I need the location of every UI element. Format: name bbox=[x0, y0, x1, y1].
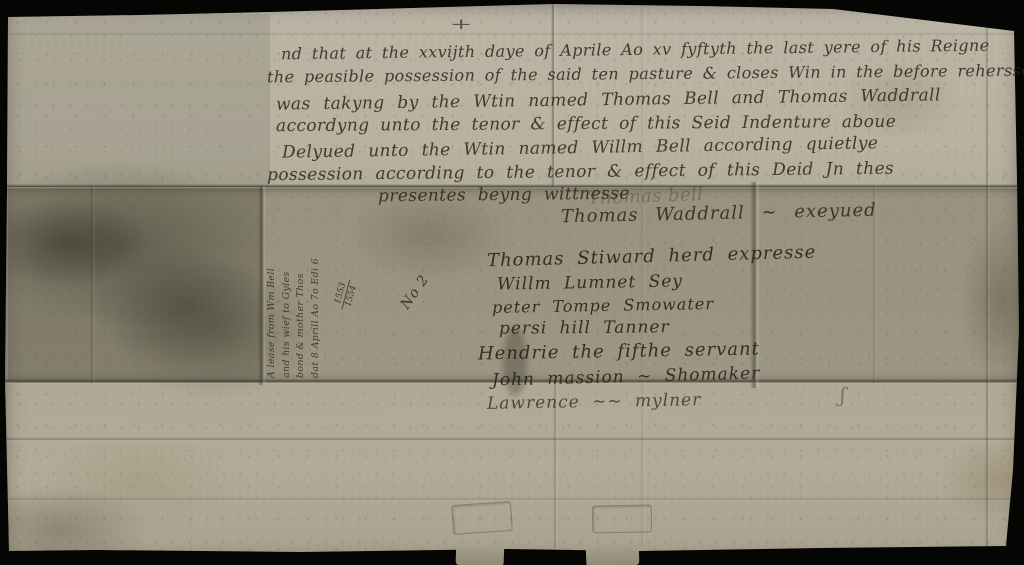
fold-crease-horizontal-5 bbox=[0, 497, 1024, 502]
photograph-stage: + nd that at the xxvijth daye of Aprile … bbox=[0, 0, 1024, 565]
endorsement-line-3: bond & mother Thos bbox=[294, 228, 309, 378]
parchment-dark-stain-panel bbox=[8, 188, 264, 383]
fold-crease-horizontal-4 bbox=[0, 437, 1024, 442]
fold-crease-vertical-1 bbox=[90, 186, 95, 383]
witness-name-2: Willm Lumnet Sey bbox=[497, 271, 683, 294]
cross-mark: + bbox=[450, 15, 473, 33]
endorsement-line-1: A lease from Wm Bell bbox=[265, 228, 280, 378]
witness-name-7: Lawrence ~~ mylner bbox=[487, 390, 702, 414]
witness-name-4: persi hill Tanner bbox=[499, 317, 670, 338]
seal-slit-left bbox=[451, 501, 513, 535]
endorsement-line-4: dat 8 Aprill Ao 7o Edi 6 bbox=[309, 228, 324, 378]
witness-name-3: peter Tompe Smowater bbox=[492, 294, 714, 317]
endorsement-line-2: and his wief to Gyles bbox=[280, 228, 295, 378]
pen-flourish: ʃ bbox=[840, 383, 846, 407]
fold-crease-vertical-8 bbox=[985, 24, 990, 546]
parchment-shading-topleft bbox=[8, 14, 270, 186]
seal-slit-right bbox=[592, 504, 652, 533]
